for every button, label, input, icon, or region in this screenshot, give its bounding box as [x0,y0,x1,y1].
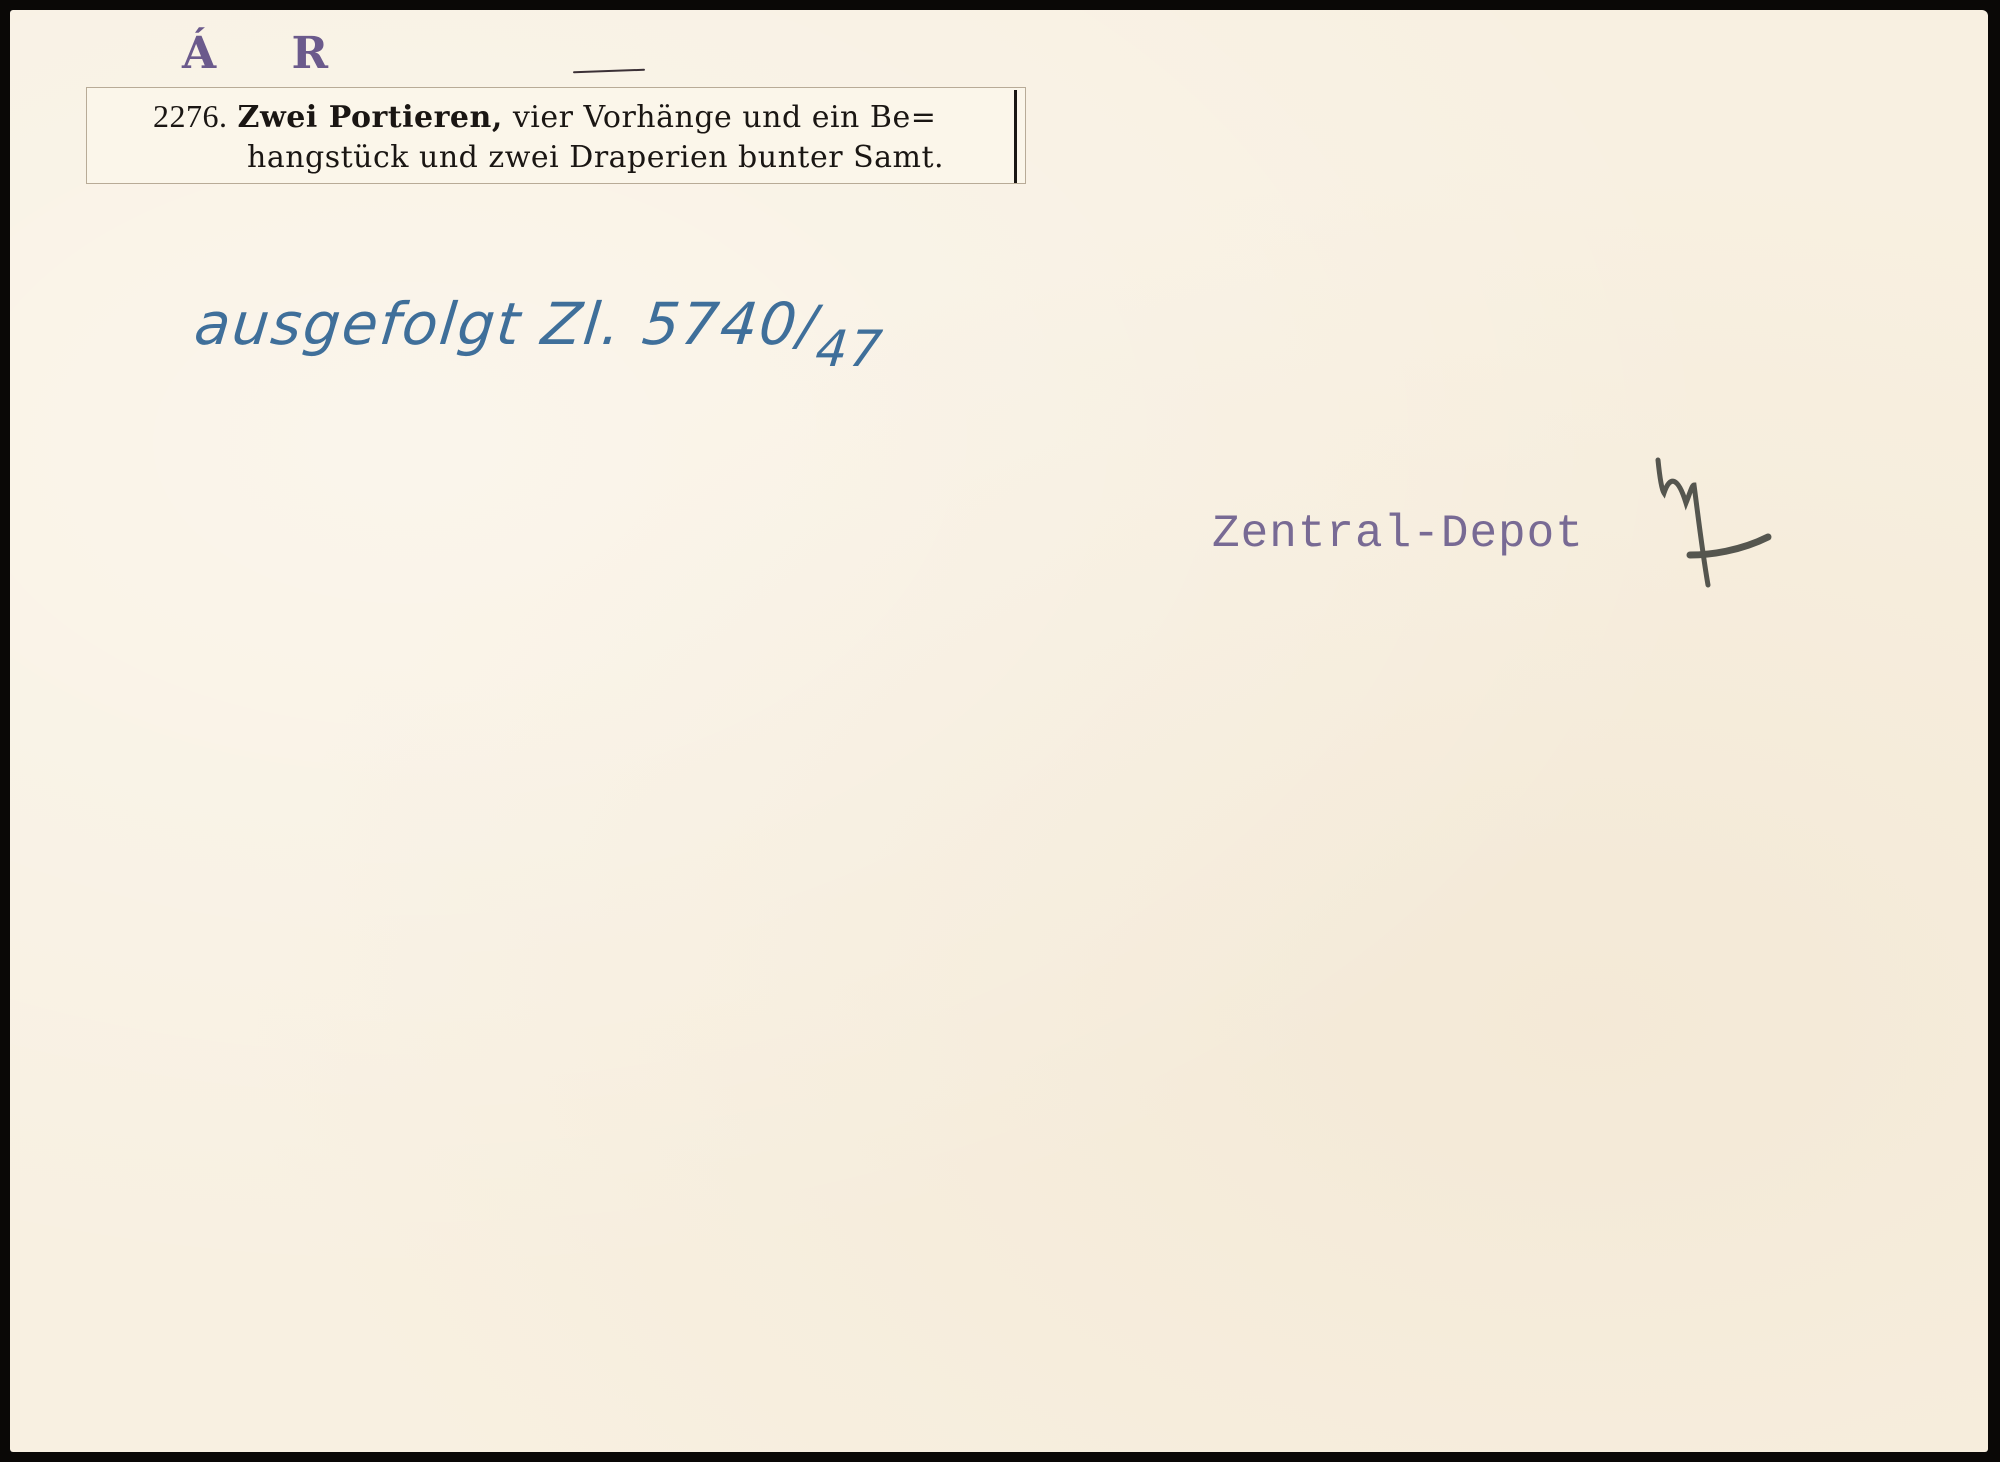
handwritten-note-text: ausgefolgt Zl. 5740 [191,290,802,358]
handwritten-note: ausgefolgt Zl. 5740/47 [191,290,889,358]
index-card: Á R 2276. Zwei Portieren, vier Vorhänge … [10,10,1988,1452]
pencil-initials-icon [1650,455,1780,595]
lot-number: 2276. [153,98,228,134]
stamp-ar: Á R [182,28,358,79]
clipping-line-2: hangstück und zwei Draperien bunter Samt… [247,140,944,175]
clipping-line-1: 2276. Zwei Portieren, vier Vorhänge und … [153,98,936,135]
clipping-right-rule [1014,90,1017,183]
stamp-zentral-depot: Zentral-Depot [1212,508,1584,560]
catalog-clipping: 2276. Zwei Portieren, vier Vorhänge und … [86,87,1026,184]
lot-description-1: vier Vorhänge und ein Be= [513,100,937,135]
handwritten-year: 47 [813,320,887,378]
pencil-dash-mark [573,69,645,74]
lot-title: Zwei Portieren, [238,100,503,135]
